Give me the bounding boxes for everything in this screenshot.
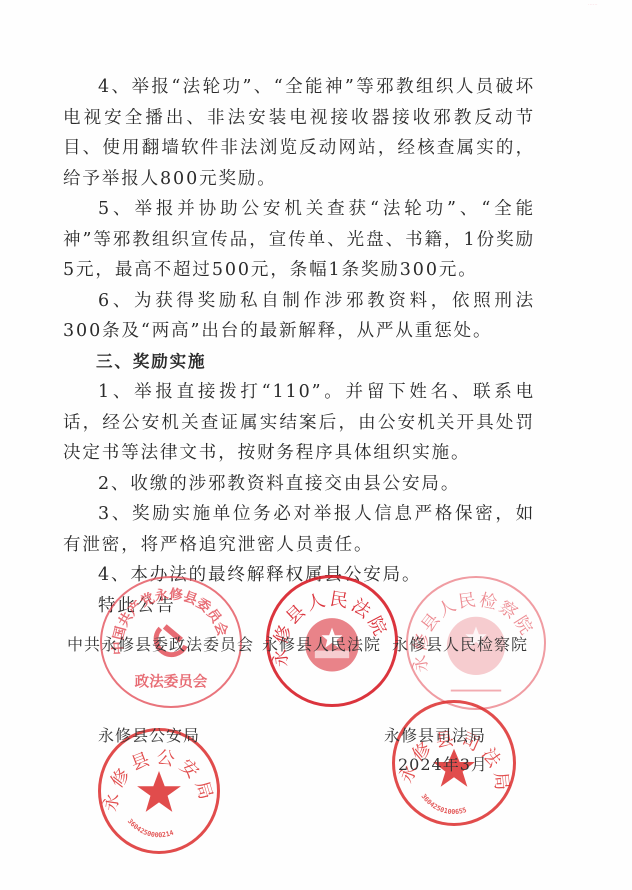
paragraph-implementation-2: 2、收缴的涉邪教资料直接交由县公安局。 xyxy=(63,469,535,500)
paragraph-reward-4: 4、举报“法轮功”、“全能神”等邪教组织人员破坏电视安全播出、非法安装电视接收器… xyxy=(63,72,535,194)
corner-mark: ······ xyxy=(588,2,624,8)
signer-procuratorate: 永修县人民检察院 xyxy=(392,632,528,655)
svg-text:政法委员会: 政法委员会 xyxy=(135,673,208,691)
signer-party-committee: 中共永修县委政法委员会 xyxy=(67,632,254,655)
signer-justice: 永修县司法局 xyxy=(384,723,486,746)
stamp-police: 永修县公安局 3604250000214 xyxy=(98,728,220,854)
star-icon: 永修县公安局 3604250000214 xyxy=(101,731,217,851)
signer-police: 永修县公安局 xyxy=(98,723,200,746)
signer-court: 永修县人民法院 xyxy=(262,632,381,655)
paragraph-reward-6: 6、为获得奖励私自制作涉邪教资料，依照刑法300条及“两高”出台的最新解释，从严… xyxy=(63,286,535,347)
svg-text:3604250100655: 3604250100655 xyxy=(420,792,468,816)
paragraph-implementation-3: 3、奖励实施单位务必对举报人信息严格保密，如有泄密，将严格追究泄密人员责任。 xyxy=(63,499,535,560)
paragraph-implementation-1: 1、举报直接拨打“110”。并留下姓名、联系电话，经公安机关查证属实结案后，由公… xyxy=(63,377,535,469)
document-body: 4、举报“法轮功”、“全能神”等邪教组织人员破坏电视安全播出、非法安装电视接收器… xyxy=(63,72,535,621)
document-page: ······ 4、举报“法轮功”、“全能神”等邪教组织人员破坏电视安全播出、非法… xyxy=(0,0,632,890)
svg-text:3604250000214: 3604250000214 xyxy=(126,817,175,839)
section-heading-implementation: 三、奖励实施 xyxy=(63,347,535,378)
paragraph-reward-5: 5、举报并协助公安机关查获“法轮功”、“全能神”等邪教组织宣传品，宣传单、光盘、… xyxy=(63,194,535,286)
document-date: 2024年3月 xyxy=(398,752,488,775)
